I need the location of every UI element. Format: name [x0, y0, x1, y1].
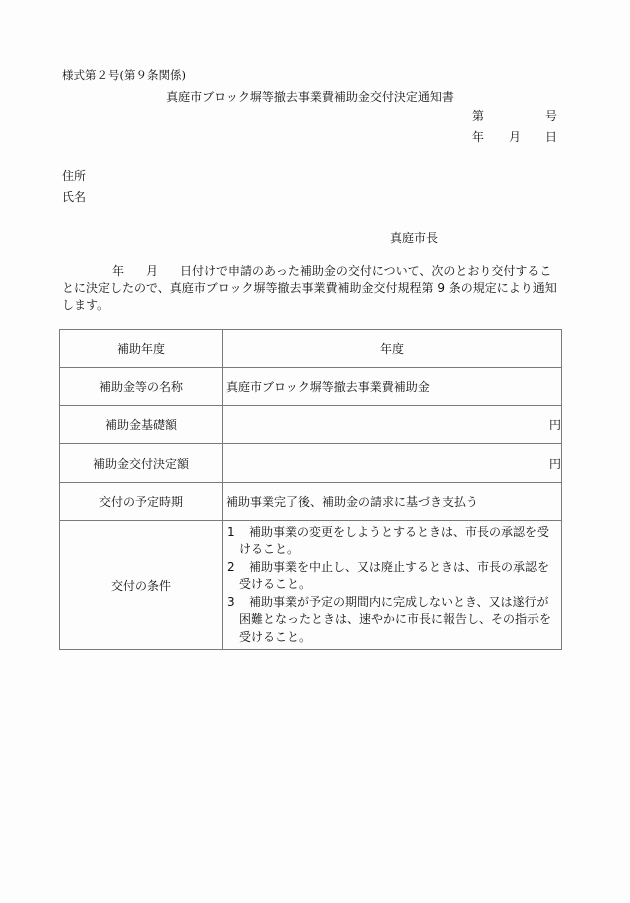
condition-number: 2 — [227, 559, 249, 577]
condition-number: 1 — [227, 524, 249, 542]
row-label: 交付の条件 — [60, 521, 223, 650]
row-label: 補助金等の名称 — [60, 368, 223, 406]
name-label: 氏名 — [62, 188, 86, 205]
row-label: 補助金交付決定額 — [60, 444, 223, 483]
form-number: 様式第２号(第９条関係) — [62, 67, 186, 83]
body-line1-rest: 日付けで申請のあった補助金の交付について、次のとおり交付するこ — [180, 264, 551, 278]
payment-timing-value: 補助事業完了後、補助金の請求に基づき支払う — [223, 483, 562, 521]
table-row-base-amount: 補助金基礎額 円 — [60, 406, 562, 444]
table-row-conditions: 交付の条件 1補助事業の変更をしようとするときは、市長の承認を受 けること。 2… — [60, 521, 562, 650]
condition-text-cont: 受けること。 — [227, 629, 559, 647]
subsidy-info-table: 補助年度 年度 補助金等の名称 真庭市ブロック塀等撤去事業費補助金 補助金基礎額… — [59, 329, 562, 650]
date-day: 日 — [545, 128, 557, 145]
condition-item: 2補助事業を中止し、又は廃止するときは、市長の承認を 受けること。 — [227, 559, 559, 594]
notice-line-2: とに決定したので、真庭市ブロック塀等撤去事業費補助金交付規程第 9 条の規定によ… — [62, 280, 568, 297]
document-title-text: 真庭市ブロック塀等撤去事業費補助金交付決定通知書 — [166, 90, 454, 104]
sender-mayor: 真庭市長 — [390, 229, 438, 246]
subsidy-name-value: 真庭市ブロック塀等撤去事業費補助金 — [223, 368, 562, 406]
document-title: 真庭市ブロック塀等撤去事業費補助金交付決定通知書 — [0, 88, 630, 105]
condition-item: 1補助事業の変更をしようとするときは、市長の承認を受 けること。 — [227, 524, 559, 559]
date-month: 月 — [509, 128, 521, 145]
condition-text: 補助事業の変更をしようとするときは、市長の承認を受 — [249, 525, 549, 539]
table-row-fiscal-year: 補助年度 年度 — [60, 330, 562, 368]
conditions-list: 1補助事業の変更をしようとするときは、市長の承認を受 けること。 2補助事業を中… — [223, 521, 562, 650]
fiscal-year-value: 年度 — [223, 330, 562, 368]
issue-number-suffix: 号 — [545, 107, 557, 124]
condition-text: 補助事業が予定の期間内に完成しないとき、又は遂行が — [249, 595, 549, 609]
body-year: 年 — [112, 264, 124, 278]
notice-line-3: します。 — [62, 297, 568, 314]
decided-amount-value: 円 — [223, 444, 562, 483]
row-label: 交付の予定時期 — [60, 483, 223, 521]
issue-number-prefix: 第 — [472, 107, 484, 124]
table-row-payment-timing: 交付の予定時期 補助事業完了後、補助金の請求に基づき支払う — [60, 483, 562, 521]
condition-item: 3補助事業が予定の期間内に完成しないとき、又は遂行が 困難となったときは、速やか… — [227, 594, 559, 647]
date-year: 年 — [472, 128, 484, 145]
condition-number: 3 — [227, 594, 249, 612]
notice-body: 年月日付けで申請のあった補助金の交付について、次のとおり交付するこ とに決定した… — [62, 263, 568, 314]
notice-line-1: 年月日付けで申請のあった補助金の交付について、次のとおり交付するこ — [62, 263, 568, 280]
table-row-subsidy-name: 補助金等の名称 真庭市ブロック塀等撤去事業費補助金 — [60, 368, 562, 406]
condition-text-cont: 受けること。 — [227, 576, 559, 594]
condition-text-cont: 困難となったときは、速やかに市長に報告し、その指示を — [227, 611, 559, 629]
body-month: 月 — [146, 264, 158, 278]
condition-text: 補助事業を中止し、又は廃止するときは、市長の承認を — [249, 560, 549, 574]
row-label: 補助年度 — [60, 330, 223, 368]
address-label: 住所 — [62, 167, 86, 184]
row-label: 補助金基礎額 — [60, 406, 223, 444]
base-amount-value: 円 — [223, 406, 562, 444]
condition-text-cont: けること。 — [227, 541, 559, 559]
table-row-decided-amount: 補助金交付決定額 円 — [60, 444, 562, 483]
